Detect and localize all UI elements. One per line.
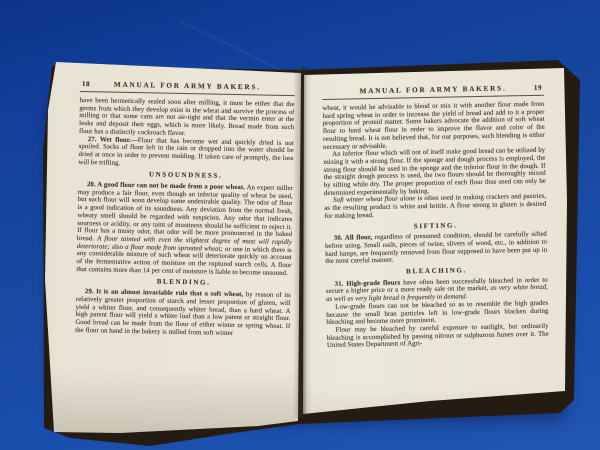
body-paragraph: Soft winter wheat flour alone is often u… bbox=[324, 193, 546, 220]
right-page-body: wheat, it would be advisable to blend or… bbox=[322, 101, 549, 350]
left-page-body: have been hermetically sealed soon after… bbox=[75, 97, 295, 338]
section-heading: BLENDING. bbox=[76, 277, 291, 289]
right-page-text: MANUAL FOR ARMY BAKERS. 19 wheat, it wou… bbox=[322, 84, 549, 350]
running-title: MANUAL FOR ARMY BAKERS. bbox=[80, 80, 295, 92]
running-title: MANUAL FOR ARMY BAKERS. bbox=[322, 84, 544, 96]
body-paragraph: 27. Wet flour.—Flour that has become wet… bbox=[78, 136, 294, 171]
left-page-text: 18 MANUAL FOR ARMY BAKERS. have been her… bbox=[75, 80, 295, 338]
page-number: 19 bbox=[534, 84, 542, 92]
body-paragraph: have been hermetically sealed soon after… bbox=[79, 97, 295, 140]
page-number: 18 bbox=[82, 80, 90, 88]
section-heading: BLEACHING. bbox=[325, 266, 547, 278]
body-paragraph: 30. All flour, regardless of presumed co… bbox=[325, 231, 548, 266]
body-paragraph: 29. It is an almost invariable rule that… bbox=[75, 288, 291, 338]
body-paragraph: An inferior flour which will not of itse… bbox=[323, 147, 546, 197]
body-paragraph: 28. A good flour can not be made from a … bbox=[76, 181, 293, 278]
gutter-shadow bbox=[293, 66, 312, 418]
photo-open-book: 18 MANUAL FOR ARMY BAKERS. have been her… bbox=[0, 0, 600, 450]
body-paragraph: wheat, it would be advisable to blend or… bbox=[322, 101, 545, 151]
section-heading: UNSOUNDNESS. bbox=[78, 170, 293, 182]
body-paragraph: Flour may be bleached by careful exposur… bbox=[327, 323, 549, 350]
